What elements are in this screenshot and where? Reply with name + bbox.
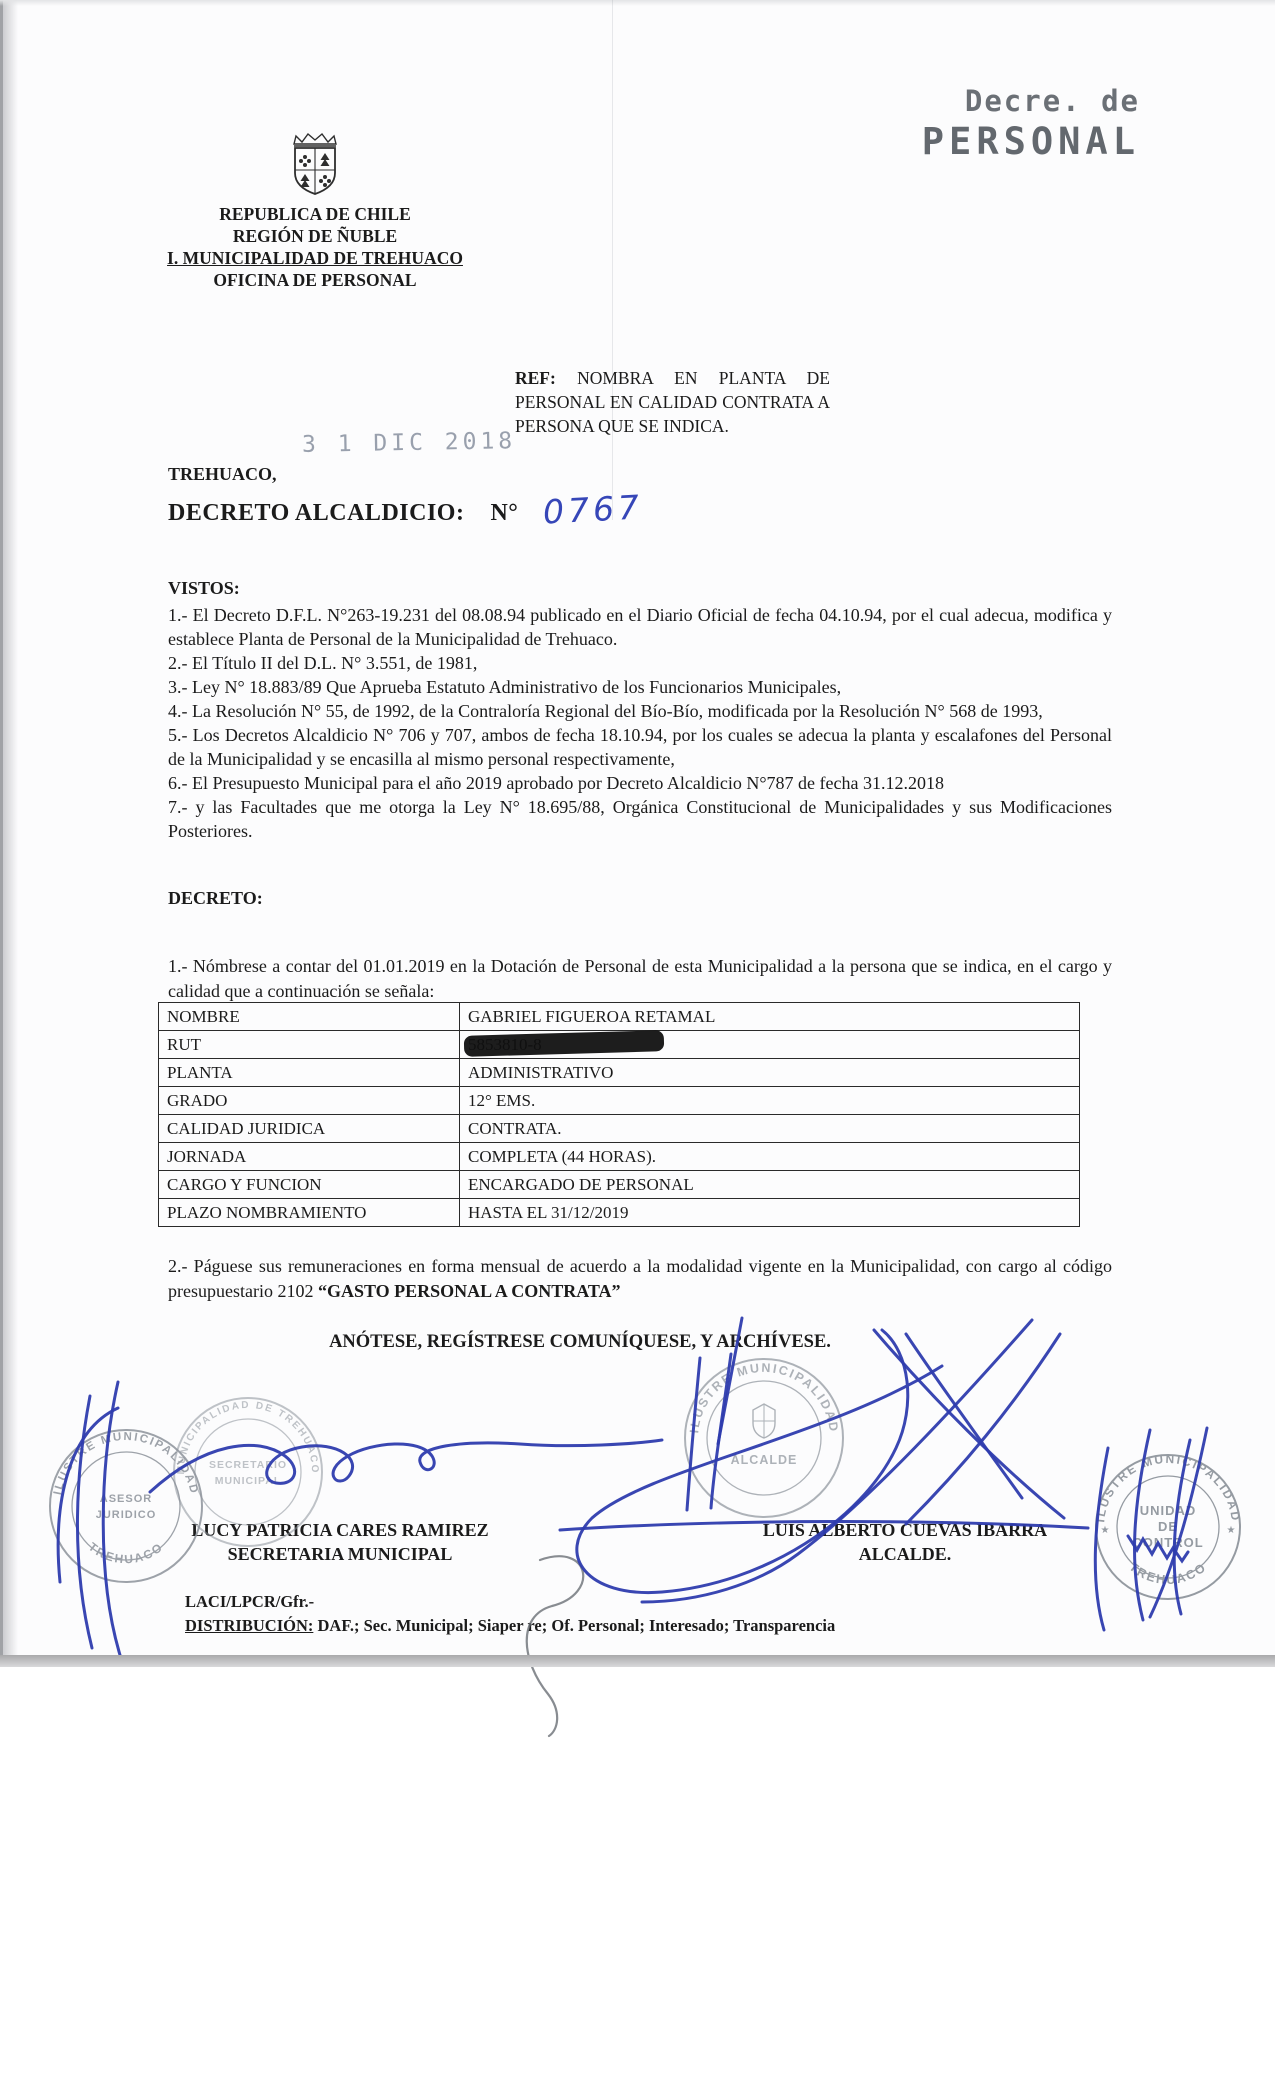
table-row: GRADO12° EMS. [159,1087,1080,1115]
table-row: JORNADACOMPLETA (44 HORAS). [159,1143,1080,1171]
scan-top-shadow [0,0,1275,6]
decreto-paragraph-1: 1.- Nómbrese a contar del 01.01.2019 en … [168,954,1112,1003]
svg-text:CONTROL: CONTROL [1132,1535,1203,1550]
svg-text:★: ★ [1227,1525,1236,1536]
letterhead-country: REPUBLICA DE CHILE [140,203,490,225]
table-row: RUT5853810-8 [159,1031,1080,1059]
letterhead-region: REGIÓN DE ÑUBLE [140,225,490,247]
table-row: PLANTAADMINISTRATIVO [159,1059,1080,1087]
secretario-round-stamp: MUNICIPALIDAD DE TREHUACO SECRETARIO MUN… [168,1392,328,1557]
doc-stamp-line1: Decre. de [922,84,1140,118]
redaction-bar [464,1030,665,1057]
vistos-item: 6.- El Presupuesto Municipal para el año… [168,771,1112,795]
svg-text:ASESOR: ASESOR [100,1493,152,1505]
mayor-title: ALCALDE. [720,1542,1090,1566]
table-row: PLAZO NOMBRAMIENTOHASTA EL 31/12/2019 [159,1199,1080,1227]
svg-text:DE: DE [1158,1519,1178,1534]
vistos-item: 7.- y las Facultades que me otorga la Le… [168,795,1112,843]
ref-block: REF: NOMBRA EN PLANTA DE PERSONAL EN CAL… [515,366,830,438]
scan-bottom-edge [0,1655,1275,1667]
letterhead-municipality: I. MUNICIPALIDAD DE TREHUACO [140,247,490,269]
letterhead: REPUBLICA DE CHILE REGIÓN DE ÑUBLE I. MU… [140,131,490,291]
scanned-decree-page: REPUBLICA DE CHILE REGIÓN DE ÑUBLE I. MU… [0,0,1275,2100]
vistos-item: 5.- Los Decretos Alcaldicio N° 706 y 707… [168,723,1112,771]
appointment-table: NOMBREGABRIEL FIGUEROA RETAMAL RUT585381… [158,1002,1080,1227]
vistos-item: 4.- La Resolución N° 55, de 1992, de la … [168,699,1112,723]
vistos-item: 1.- El Decreto D.F.L. N°263-19.231 del 0… [168,603,1112,651]
scan-left-edge [0,0,3,1662]
municipal-coat-of-arms-icon [287,131,343,197]
svg-text:UNIDAD: UNIDAD [1140,1503,1197,1518]
decreto-paragraph-2: 2.- Páguese sus remuneraciones en forma … [168,1254,1112,1303]
svg-text:ALCALDE: ALCALDE [731,1453,798,1467]
decree-number-handwritten: 0767 [542,487,644,531]
distribution-label: DISTRIBUCIÓN: [185,1616,313,1635]
svg-text:SECRETARIO: SECRETARIO [209,1459,287,1471]
svg-text:★: ★ [1101,1525,1110,1536]
table-row: CALIDAD JURIDICACONTRATA. [159,1115,1080,1143]
decreto-heading: DECRETO: [168,888,263,909]
footer-initials: LACI/LPCR/Gfr.- [185,1592,314,1612]
decree-title: DECRETO ALCALDICIO: [168,500,464,526]
svg-text:JURIDICO: JURIDICO [96,1509,157,1521]
closing-formula: ANÓTESE, REGÍSTRESE COMUNÍQUESE, Y ARCHÍ… [230,1332,930,1353]
budget-code-bold: “GASTO PERSONAL A CONTRATA” [318,1281,621,1301]
document-type-stamp: Decre. de PERSONAL [922,84,1140,163]
svg-text:TREHUACO: TREHUACO [86,1540,166,1567]
vistos-item: 2.- El Título II del D.L. N° 3.551, de 1… [168,651,1112,675]
distribution-text: DAF.; Sec. Municipal; Siaper re; Of. Per… [313,1616,835,1635]
svg-text:TREHUACO: TREHUACO [1126,1560,1209,1587]
place-line: TREHUACO, [168,464,277,485]
vistos-item: 3.- Ley N° 18.883/89 Que Aprueba Estatut… [168,675,1112,699]
decree-title-line: DECRETO ALCALDICIO:N° [168,500,518,527]
doc-stamp-line2: PERSONAL [922,120,1140,163]
letterhead-office: OFICINA DE PERSONAL [140,269,490,291]
alcalde-round-stamp: ILUSTRE MUNICIPALIDAD ALCALDE [678,1352,850,1529]
ref-label: REF: [515,368,556,388]
vistos-heading: VISTOS: [168,578,240,599]
svg-text:MUNICIPAL: MUNICIPAL [215,1475,282,1487]
table-row: CARGO Y FUNCIONENCARGADO DE PERSONAL [159,1171,1080,1199]
decree-number-label: N° [490,500,518,526]
vistos-section: 1.- El Decreto D.F.L. N°263-19.231 del 0… [168,603,1112,843]
unidad-control-round-stamp: ILUSTRE MUNICIPALIDAD TREHUACO UNIDAD DE… [1090,1449,1246,1610]
scan-crease [612,0,613,520]
table-row: NOMBREGABRIEL FIGUEROA RETAMAL [159,1003,1080,1031]
distribution-line: DISTRIBUCIÓN: DAF.; Sec. Municipal; Siap… [185,1616,835,1636]
ref-text: NOMBRA EN PLANTA DE PERSONAL EN CALIDAD … [515,368,830,436]
date-stamp: 3 1 DIC 2018 [302,428,517,458]
